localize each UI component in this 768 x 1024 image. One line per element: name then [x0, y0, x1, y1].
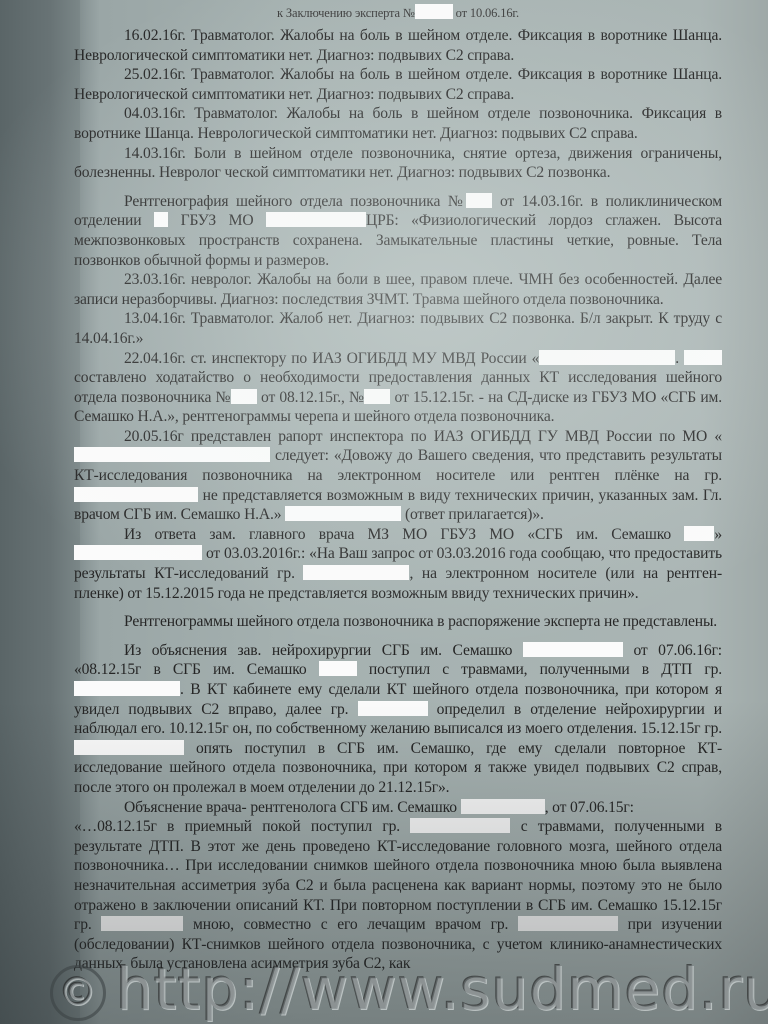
- redaction: [684, 350, 722, 365]
- header-prefix: к Заключению эксперта №: [277, 6, 415, 20]
- redaction: [461, 799, 545, 814]
- text: Из объяснения зав. нейрохирургии СГБ им.…: [124, 642, 523, 659]
- text: «…08.12.15г в приемный покой поступил гр…: [74, 818, 410, 835]
- paragraph-radiologist-heading: Объяснение врача- рентгенолога СГБ им. С…: [74, 798, 722, 818]
- paragraph-14-03: 14.03.16г. Боли в шейном отделе позвоноч…: [74, 144, 722, 183]
- redaction: [266, 212, 366, 227]
- redaction: [364, 389, 390, 404]
- redaction: [101, 916, 183, 931]
- redaction: [303, 565, 409, 580]
- text: (ответ прилагается)».: [401, 506, 544, 523]
- text: ГБУЗ МО: [168, 212, 266, 229]
- paragraph-22-04: 22.04.16г. ст. инспектору по ИАЗ ОГИБДД …: [74, 349, 722, 427]
- paragraph-radiologist-quote: «…08.12.15г в приемный покой поступил гр…: [74, 817, 722, 974]
- text: поступил с травмами, полученными в ДТП г…: [357, 661, 722, 678]
- paragraph-xray-not-provided: Рентгенограммы шейного отдела позвоночни…: [74, 612, 722, 632]
- text: 20.05.16г представлен рапорт инспектора …: [124, 428, 722, 445]
- book-gutter-shadow: [0, 0, 80, 1024]
- document-page: к Заключению эксперта № от 10.06.16г. 16…: [74, 0, 722, 974]
- redaction: [74, 545, 202, 560]
- header-date: от 10.06.16г.: [456, 6, 519, 20]
- redaction: [285, 506, 401, 521]
- redaction: [154, 212, 168, 227]
- redaction: [410, 818, 510, 833]
- text: от 08.12.15г., №: [257, 389, 365, 406]
- paragraph-13-04: 13.04.16г. Травматолог. Жалоб нет. Диагн…: [74, 309, 722, 348]
- paragraph-deputy-response: Из ответа зам. главного врача МЗ МО ГБУЗ…: [74, 525, 722, 603]
- paragraph-16-02: 16.02.16г. Травматолог. Жалобы на боль в…: [74, 26, 722, 65]
- text: 22.04.16г. ст. инспектору по ИАЗ ОГИБДД …: [124, 350, 539, 367]
- paragraph-04-03: 04.03.16г. Травматолог. Жалобы на боль в…: [74, 104, 722, 143]
- text: мною, совместно с его лечащим врачом гр.: [183, 916, 518, 933]
- text: Рентгенография шейного отдела позвоночни…: [124, 193, 466, 210]
- text: »: [714, 526, 722, 543]
- redaction: [231, 389, 257, 404]
- redaction: [74, 740, 184, 755]
- redaction: [74, 681, 180, 696]
- redaction: [466, 193, 492, 208]
- redaction: [319, 661, 357, 676]
- redaction: [518, 916, 618, 931]
- redaction: [684, 526, 714, 541]
- redaction: [523, 642, 623, 657]
- paragraph-23-03: 23.03.16г. невролог. Жалобы на боли в ше…: [74, 270, 722, 309]
- text: Из ответа зам. главного врача МЗ МО ГБУЗ…: [124, 526, 684, 543]
- text: , от 07.06.15г:: [545, 799, 634, 816]
- redaction: [415, 4, 453, 19]
- redaction: [358, 701, 428, 716]
- text: Объяснение врача- рентгенолога СГБ им. С…: [124, 799, 461, 816]
- redaction: [539, 350, 675, 365]
- paragraph-25-02: 25.02.16г. Травматолог. Жалобы на боль в…: [74, 65, 722, 104]
- paragraph-neurosurgeon: Из объяснения зав. нейрохирургии СГБ им.…: [74, 641, 722, 798]
- paragraph-xray: Рентгенография шейного отдела позвоночни…: [74, 192, 722, 270]
- page-header: к Заключению эксперта № от 10.06.16г.: [74, 0, 722, 20]
- paragraph-20-05: 20.05.16г представлен рапорт инспектора …: [74, 427, 722, 525]
- redaction: [74, 487, 198, 502]
- redaction: [74, 447, 270, 462]
